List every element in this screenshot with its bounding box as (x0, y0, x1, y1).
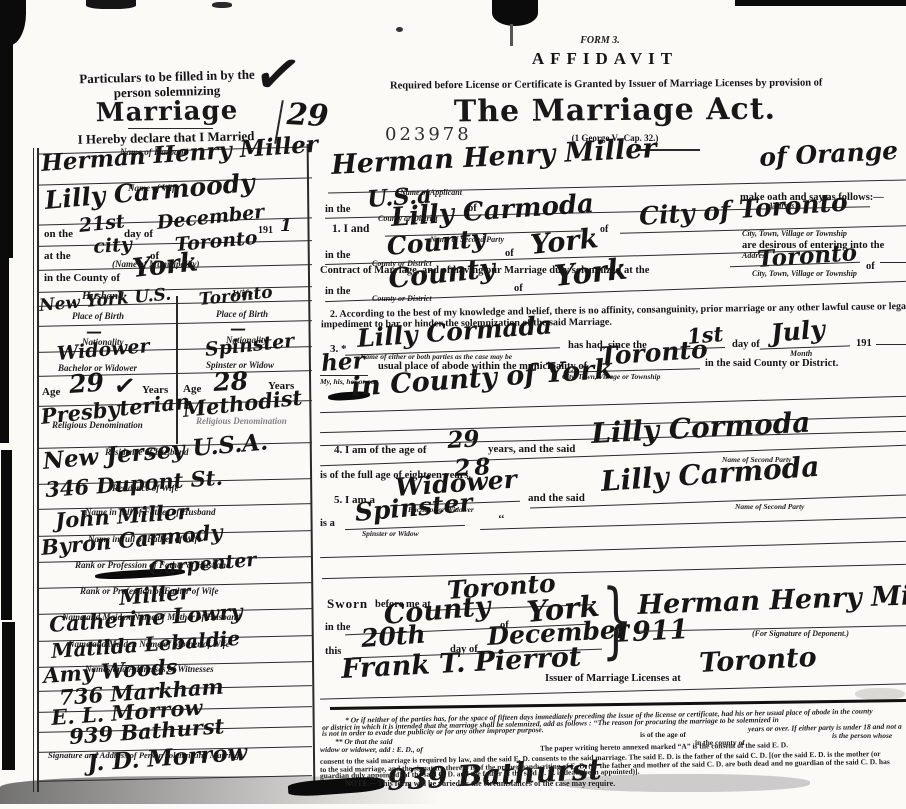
writing-line (320, 541, 906, 558)
footnote-fragment: is the person whose (832, 732, 892, 740)
writing-line (480, 517, 906, 530)
footnote-line: widow or widower, add : E. D., of (320, 746, 423, 754)
abode-post-text: in the said County or District. (705, 359, 838, 370)
city-town-label: City, Town, Village or Township (742, 230, 847, 238)
panel-rule (37, 320, 312, 327)
city-town-label: City, Town, Village or Township (752, 270, 857, 278)
top-edge-artifact (212, 2, 232, 8)
husband-age-value: 29 (68, 370, 104, 397)
required-subtitle: Required before License or Certificate i… (390, 78, 820, 92)
year-digit-value: 1 (280, 218, 292, 235)
footnote-note: NOTE.—This form will be varied as the ci… (345, 780, 615, 788)
act-title: The Marriage Act. (440, 91, 790, 129)
writing-line (530, 494, 906, 508)
in-the-text: in the (325, 287, 350, 298)
license-stamp-number: 023978 (385, 124, 472, 145)
panel-left-border (33, 148, 34, 792)
sworn-day-value: 20th (360, 622, 426, 651)
wife-birthplace-value: Toronto (198, 284, 273, 309)
left-edge-artifact (1, 450, 12, 620)
wife-birthplace-label: Place of Birth (216, 310, 268, 319)
husband-religion-label: Religious Denomination (52, 421, 143, 430)
at-the-text: at the (44, 251, 71, 262)
applicant-age-value: 29 (447, 427, 480, 452)
issuer-place-value: Toronto (699, 644, 818, 677)
municipality-type-value: city (93, 235, 133, 257)
husband-father-rank-value: Carpenter (148, 551, 257, 579)
county-name-value: York (553, 255, 629, 291)
solemnized-place-value: Toronto (756, 241, 857, 271)
abode-place-value: Toronto (598, 336, 708, 369)
left-edge-artifact (0, 258, 9, 443)
form-number: FORM 3. (530, 36, 670, 46)
month-label: Month (790, 350, 812, 358)
margin-number: 29 (286, 100, 329, 132)
wife-religion-label: Religious Denomination (196, 417, 287, 426)
writing-line (880, 262, 906, 263)
top-right-edge-artifact (735, 0, 906, 6)
panel-left-border (37, 148, 39, 792)
on-the-text: on the (44, 229, 73, 240)
sworn-brace: } (602, 580, 631, 662)
clause4-mid-text: years, and the said (488, 444, 575, 455)
spinster-widow-label: Spinster or Widow (362, 530, 419, 538)
column-divider (176, 296, 178, 444)
footnote-line: is not in order to evade due publicity o… (322, 726, 544, 737)
of-text: of (866, 262, 875, 273)
abode-month-value: July (770, 316, 826, 346)
ditto-mark: ‘‘ (498, 514, 505, 525)
top-edge-artifact (86, 0, 136, 9)
issuer-text: Issuer of Marriage Licenses at (545, 674, 681, 685)
of-text: of (514, 284, 523, 295)
affidavit-title: AFFIDAVIT (505, 50, 705, 67)
day-of-text: day of (732, 340, 760, 351)
clause5-mid-text: and the said (528, 493, 585, 504)
in-the-text: in the (325, 623, 350, 634)
county-word-value: County (386, 225, 487, 259)
speck-artifact (396, 27, 403, 32)
in-county-of-text: in the County of (44, 273, 120, 284)
wife-status-value: Spinster (204, 332, 295, 360)
husband-status-value: Widower (56, 337, 150, 364)
county-value: York (131, 249, 199, 282)
year-prefix-text: 191 (856, 339, 872, 350)
clause5b-prefix: is a (320, 519, 335, 530)
clause5-name-value: Lilly Carmoda (600, 453, 820, 496)
deponent-signature-label: (For Signature of Deponent.) (752, 630, 849, 638)
binding-crease-artifact (510, 24, 513, 46)
sworn-word: Sworn (327, 597, 368, 610)
marriage-day-value: 21st (78, 212, 126, 236)
applicant-residence-value: of Orange N.J. (759, 135, 906, 170)
second-party-label: Name of Second Party (735, 503, 804, 511)
footnote-fragment: is of the age of (640, 731, 686, 739)
writing-line (320, 683, 906, 699)
clause1-prefix: 1. I and (332, 224, 369, 236)
applicant-name-value: Herman Henry Miller (331, 135, 658, 179)
second-party-place-value: City of Toronto (638, 189, 848, 229)
left-edge-artifact (2, 622, 15, 770)
in-the-text: in the (325, 205, 350, 216)
this-text: this (325, 647, 341, 658)
husband-age-text: Age (42, 387, 60, 398)
year-prefix-text: 191 (258, 226, 273, 236)
county-name-value: York (529, 225, 599, 259)
deponent-signature: Herman Henry Miller (637, 581, 906, 619)
clause4-name-value: Lilly Cormoda (591, 409, 812, 448)
county-district-label: County or District (372, 295, 432, 303)
clause3-name-label: Name of either or both parties as the ca… (360, 353, 512, 361)
husband-residence-value: New Jersey U.S.A. (42, 430, 269, 473)
of-text: of (600, 225, 608, 235)
in-the-text: in the (325, 251, 350, 262)
writing-line (876, 344, 906, 345)
binding-blob-artifact (492, 0, 538, 26)
husband-birthplace-label: Place of Birth (72, 312, 124, 321)
affidavit-scan-page: Particulars to be filled in by the perso… (0, 0, 906, 809)
clause4-prefix: 4. I am of the age of (334, 445, 427, 456)
corner-artifact (0, 0, 26, 46)
